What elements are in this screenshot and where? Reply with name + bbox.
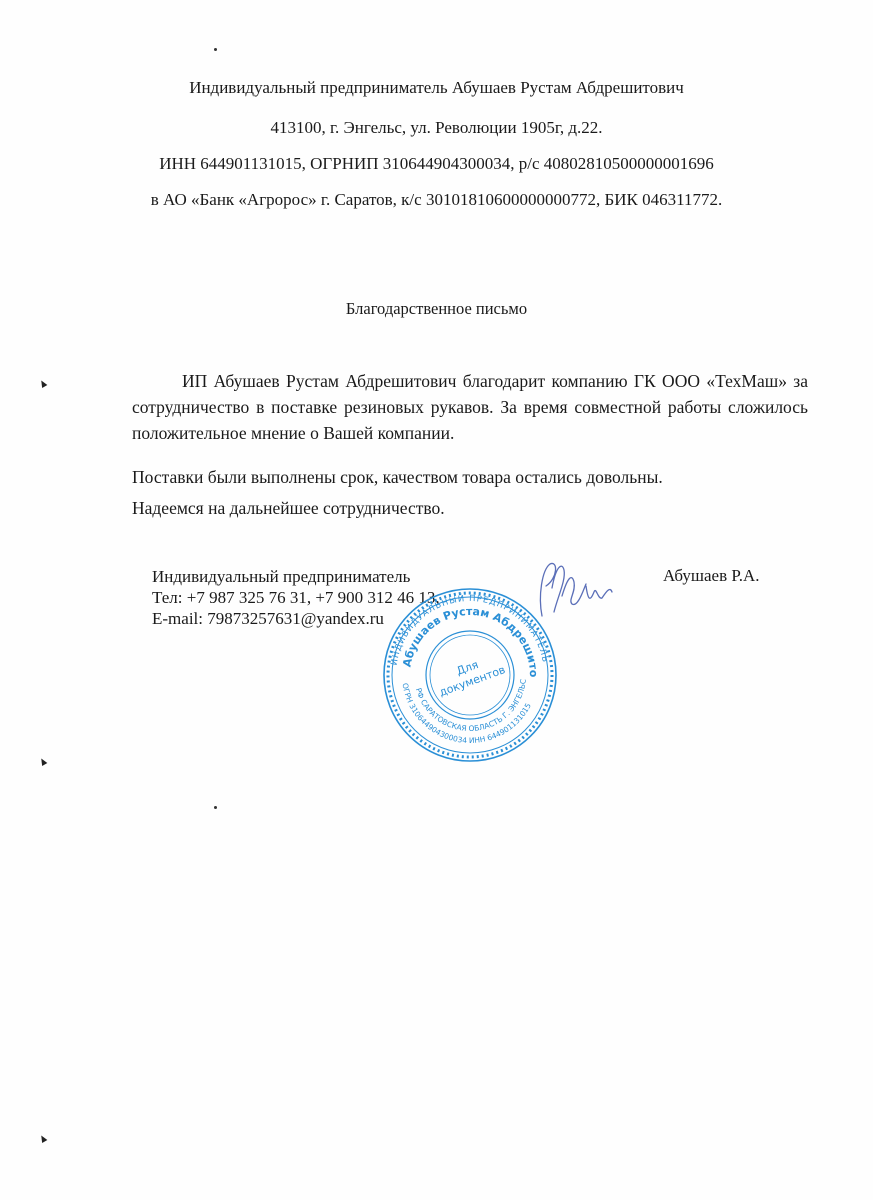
header-bank-details: в АО «Банк «Агророс» г. Саратов, к/с 301…	[0, 190, 873, 210]
document-page: Индивидуальный предприниматель Абушаев Р…	[0, 0, 873, 1200]
body-paragraph-delivery: Поставки были выполнены срок, качеством …	[132, 464, 808, 490]
scan-margin-mark	[39, 379, 48, 388]
scan-margin-mark	[39, 757, 48, 766]
body-paragraph-closing: Надеемся на дальнейшее сотрудничество.	[132, 495, 808, 521]
company-seal-stamp: ИНДИВИДУАЛЬНЫЙ ПРЕДПРИНИМАТЕЛЬ Абушаев Р…	[380, 585, 560, 765]
header-address: 413100, г. Энгельс, ул. Революции 1905г,…	[0, 118, 873, 138]
signer-name: Абушаев Р.А.	[663, 566, 759, 586]
document-title: Благодарственное письмо	[0, 299, 873, 319]
scan-speck	[214, 806, 217, 809]
scan-margin-mark	[39, 1134, 48, 1143]
body-paragraph-thanks: ИП Абушаев Рустам Абдрешитович благодари…	[132, 368, 808, 446]
header-entrepreneur-name: Индивидуальный предприниматель Абушаев Р…	[0, 78, 873, 98]
signer-position: Индивидуальный предприниматель	[152, 566, 440, 587]
scan-speck	[214, 48, 217, 51]
header-registration-ids: ИНН 644901131015, ОГРНИП 310644904300034…	[0, 154, 873, 174]
